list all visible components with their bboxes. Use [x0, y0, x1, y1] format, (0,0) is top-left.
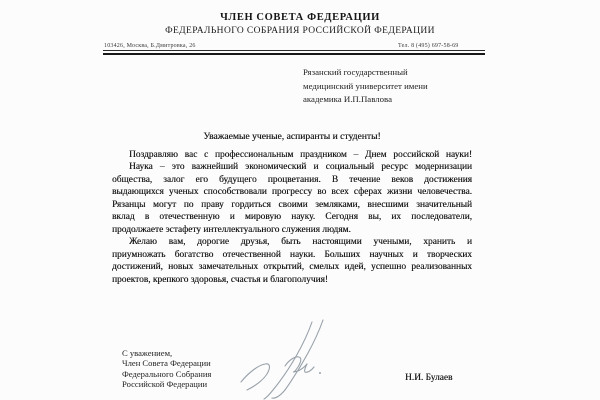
closing-block: С уважением, Член Совета Федерации Федер… — [122, 348, 211, 389]
body-line: Рязанцы могут по праву гордиться своими … — [112, 199, 472, 211]
closing-line: С уважением, — [122, 348, 211, 358]
body-line: общества, залог его будущего процветания… — [112, 174, 472, 186]
body-line: приумножать богатство отечественной наук… — [112, 249, 472, 261]
body-line: Наука – это важнейший экономический и со… — [112, 161, 472, 173]
closing-line: Федерального Собрания — [122, 369, 211, 379]
addressee-line: академика И.П.Павлова — [303, 93, 473, 107]
body-line: продолжаете эстафету интеллектуального с… — [112, 224, 472, 236]
body-line: Поздравляю вас с профессиональным праздн… — [112, 149, 472, 161]
letterhead-title: ЧЛЕН СОВЕТА ФЕДЕРАЦИИ — [0, 12, 600, 23]
addressee-line: Рязанский государственный — [303, 66, 473, 80]
letterhead-address: 103426, Москва, Б.Дмитровка, 26 — [104, 43, 196, 49]
addressee-block: Рязанский государственный медицинский ун… — [303, 66, 473, 107]
letterhead-phone: Тел. 8 (495) 697-58-69 — [398, 43, 459, 49]
scanned-letter-page: ЧЛЕН СОВЕТА ФЕДЕРАЦИИ ФЕДЕРАЛЬНОГО СОБРА… — [0, 0, 600, 400]
closing-line: Российской Федерации — [122, 379, 211, 389]
letter-body: Поздравляю вас с профессиональным праздн… — [112, 149, 472, 286]
salutation: Уважаемые ученые, аспиранты и студенты! — [112, 131, 472, 142]
signer-name: Н.И. Булаев — [405, 373, 452, 383]
body-line: вклад в отечественную и мировую науку. С… — [112, 211, 472, 223]
closing-line: Член Совета Федерации — [122, 358, 211, 368]
letterhead-subtitle: ФЕДЕРАЛЬНОГО СОБРАНИЯ РОССИЙСКОЙ ФЕДЕРАЦ… — [0, 26, 600, 36]
letterhead-divider — [103, 50, 485, 55]
body-line: выдающихся ученых способствовали прогрес… — [112, 186, 472, 198]
handwritten-signature — [228, 318, 343, 400]
body-line: Желаю вам, дорогие друзья, быть настоящи… — [112, 236, 472, 248]
body-line: достижений, новых замечательных открытий… — [112, 261, 472, 273]
body-line: проектов, крепкого здоровья, счастья и б… — [112, 274, 472, 286]
addressee-line: медицинский университет имени — [303, 80, 473, 94]
